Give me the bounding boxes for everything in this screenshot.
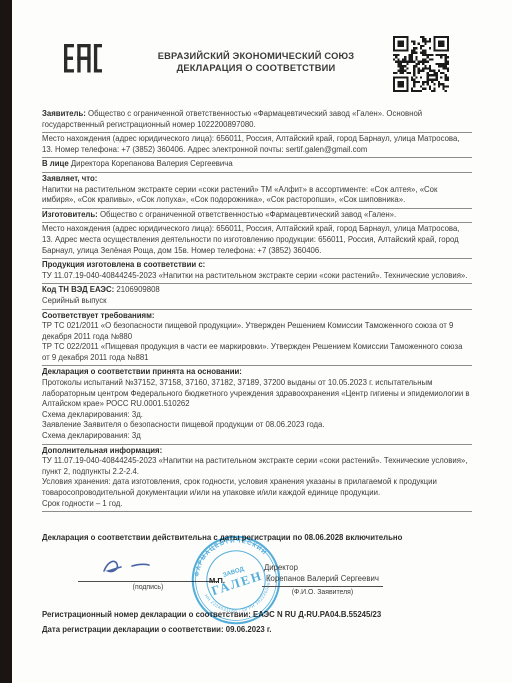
manufacturer-label: Изготовитель:	[42, 210, 98, 219]
basis-item: Протоколы испытаний №37152, 37158, 37160…	[42, 378, 472, 410]
additional-item: Срок годности – 1 год.	[42, 499, 472, 510]
basis-item: Заявление Заявителя о безопасности пищев…	[42, 420, 472, 431]
eac-logo	[64, 44, 102, 74]
serial-issue-text: Серийный выпуск	[42, 296, 472, 307]
manufacturer-address-text: Место нахождения (адрес юридического лиц…	[42, 224, 472, 256]
basis-item: Схема декларирования: 3д	[42, 431, 472, 442]
section-tnved: Код ТН ВЭД ЕАЭС: 2106909808 Серийный вып…	[42, 284, 472, 309]
page-title: ЕВРАЗИЙСКИЙ ЭКОНОМИЧЕСКИЙ СОЮЗ ДЕКЛАРАЦИ…	[120, 51, 392, 74]
section-made-per: Продукция изготовлена в соответствии с: …	[42, 259, 472, 284]
tnved-value: 2106909808	[116, 285, 159, 294]
section-requirements: Соответствует требованиям: ТР ТС 021/201…	[42, 310, 472, 367]
in-person-label: В лице	[42, 159, 69, 168]
additional-label: Дополнительная информация:	[42, 446, 162, 455]
basis-label: Декларация о соответствии принята на осн…	[42, 367, 242, 376]
requirement-item: ТР ТС 022/2011 «Пищевая продукция в част…	[42, 342, 472, 363]
declaration-body: Заявитель: Общество с ограниченной ответ…	[42, 108, 472, 512]
manufacturer-text: Общество с ограниченной ответственностью…	[100, 210, 396, 219]
signer-name: Корепанов Валерий Сергеевич	[262, 574, 383, 587]
made-per-label: Продукция изготовлена в соответствии с:	[42, 260, 205, 269]
additional-item: ТУ 11.07.19-040-40844245-2023 «Напитки н…	[42, 456, 472, 477]
declaration-document: { "colors": { "stamp_blue": "#2f9fd6", "…	[0, 0, 512, 683]
section-manufacturer-address: Место нахождения (адрес юридического лиц…	[42, 223, 472, 259]
title-line-declaration: ДЕКЛАРАЦИЯ О СООТВЕТСТВИИ	[120, 63, 392, 75]
registration-date-label: Дата регистрации декларации о соответств…	[42, 625, 224, 634]
applicant-address-text: Место нахождения (адрес юридического лиц…	[42, 134, 472, 155]
basis-item: Схема декларирования: 3д.	[42, 410, 472, 421]
additional-item: Условия хранения: дата изготовления, сро…	[42, 477, 472, 498]
signer-name-caption: (Ф.И.О. Заявителя)	[262, 588, 383, 599]
applicant-label: Заявитель:	[42, 109, 86, 118]
qr-code-icon	[393, 36, 449, 92]
section-manufacturer: Изготовитель: Общество с ограниченной от…	[42, 209, 472, 224]
signature	[102, 558, 168, 578]
section-basis: Декларация о соответствии принята на осн…	[42, 366, 472, 444]
made-per-text: ТУ 11.07.19-040-40844245-2023 «Напитки н…	[42, 271, 472, 282]
requirements-label: Соответствует требованиям:	[42, 311, 154, 320]
tnved-label: Код ТН ВЭД ЕАЭС:	[42, 285, 114, 294]
mp-mark: М.П.	[209, 576, 225, 587]
section-applicant: Заявитель: Общество с ограниченной ответ…	[42, 108, 472, 133]
signer-position: Директор	[264, 563, 383, 574]
declares-text: Напитки на растительном экстракте серии …	[42, 185, 472, 206]
signer-block: Директор Корепанов Валерий Сергеевич (Ф.…	[262, 563, 383, 599]
declares-label: Заявляет, что:	[42, 174, 97, 183]
in-person-text: Директора Корепанова Валерия Сергеевича	[71, 159, 233, 168]
title-line-union: ЕВРАЗИЙСКИЙ ЭКОНОМИЧЕСКИЙ СОЮЗ	[120, 51, 392, 63]
section-additional: Дополнительная информация: ТУ 11.07.19-0…	[42, 445, 472, 513]
scan-edge-strip	[0, 0, 12, 683]
section-declares: Заявляет, что: Напитки на растительном э…	[42, 173, 472, 209]
applicant-text: Общество с ограниченной ответственностью…	[42, 109, 422, 129]
requirement-item: ТР ТС 021/2011 «О безопасности пищевой п…	[42, 321, 472, 342]
section-applicant-address: Место нахождения (адрес юридического лиц…	[42, 133, 472, 158]
section-in-person: В лице Директора Корепанова Валерия Серг…	[42, 158, 472, 173]
